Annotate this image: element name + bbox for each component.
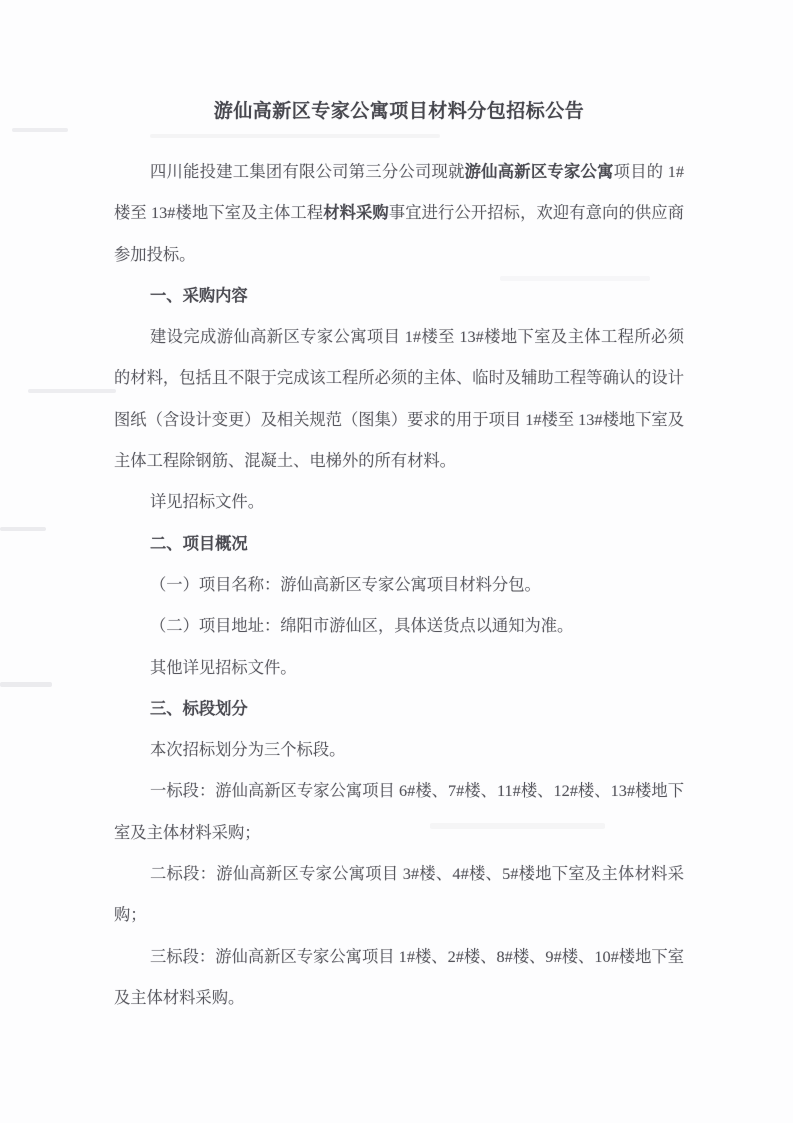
paragraph: 三标段：游仙高新区专家公寓项目 1#楼、2#楼、8#楼、9#楼、10#楼地下室及… bbox=[114, 936, 684, 1019]
scan-smudge bbox=[12, 128, 68, 132]
text-run: 一标段：游仙高新区专家公寓项目 6#楼、7#楼、11#楼、12#楼、13#楼地下… bbox=[114, 781, 684, 841]
paragraph: 二标段：游仙高新区专家公寓项目 3#楼、4#楼、5#楼地下室及主体材料采购； bbox=[114, 853, 684, 936]
paragraph: 详见招标文件。 bbox=[114, 481, 684, 522]
text-run: 其他详见招标文件。 bbox=[150, 658, 297, 677]
scan-smudge bbox=[28, 389, 116, 393]
scan-smudge bbox=[0, 527, 46, 531]
paragraph: 一标段：游仙高新区专家公寓项目 6#楼、7#楼、11#楼、12#楼、13#楼地下… bbox=[114, 770, 684, 853]
section-heading: 三、标段划分 bbox=[114, 688, 684, 729]
text-run: （一）项目名称：游仙高新区专家公寓项目材料分包。 bbox=[150, 575, 541, 594]
scan-smudge bbox=[0, 682, 52, 687]
text-run: 四川能投建工集团有限公司第三分公司现就 bbox=[150, 162, 465, 181]
paragraph: 本次招标划分为三个标段。 bbox=[114, 729, 684, 770]
text-run: 三、标段划分 bbox=[150, 699, 248, 718]
text-run: 本次招标划分为三个标段。 bbox=[150, 740, 345, 759]
text-run: 三标段：游仙高新区专家公寓项目 1#楼、2#楼、8#楼、9#楼、10#楼地下室及… bbox=[114, 947, 684, 1007]
text-run: 材料采购 bbox=[323, 203, 389, 222]
document-title: 游仙高新区专家公寓项目材料分包招标公告 bbox=[114, 97, 684, 127]
text-run: 详见招标文件。 bbox=[150, 492, 264, 511]
text-run: （二）项目地址：绵阳市游仙区，具体送货点以通知为准。 bbox=[150, 616, 573, 635]
section-heading: 二、项目概况 bbox=[114, 523, 684, 564]
text-run: 游仙高新区专家公寓 bbox=[465, 162, 614, 181]
text-run: 建设完成游仙高新区专家公寓项目 1#楼至 13#楼地下室及主体工程所必须的材料，… bbox=[114, 327, 684, 470]
text-run: 二标段：游仙高新区专家公寓项目 3#楼、4#楼、5#楼地下室及主体材料采购； bbox=[114, 864, 684, 924]
text-run: 二、项目概况 bbox=[150, 534, 248, 553]
document-body: 四川能投建工集团有限公司第三分公司现就游仙高新区专家公寓项目的 1#楼至 13#… bbox=[114, 151, 684, 1018]
paragraph: 四川能投建工集团有限公司第三分公司现就游仙高新区专家公寓项目的 1#楼至 13#… bbox=[114, 151, 684, 275]
paragraph: （一）项目名称：游仙高新区专家公寓项目材料分包。 bbox=[114, 564, 684, 605]
paragraph: 其他详见招标文件。 bbox=[114, 647, 684, 688]
document-content: 游仙高新区专家公寓项目材料分包招标公告 四川能投建工集团有限公司第三分公司现就游… bbox=[114, 97, 684, 1018]
section-heading: 一、采购内容 bbox=[114, 275, 684, 316]
scanned-document-page: 游仙高新区专家公寓项目材料分包招标公告 四川能投建工集团有限公司第三分公司现就游… bbox=[0, 0, 793, 1123]
text-run: 一、采购内容 bbox=[150, 286, 248, 305]
paragraph: 建设完成游仙高新区专家公寓项目 1#楼至 13#楼地下室及主体工程所必须的材料，… bbox=[114, 316, 684, 481]
paragraph: （二）项目地址：绵阳市游仙区，具体送货点以通知为准。 bbox=[114, 605, 684, 646]
